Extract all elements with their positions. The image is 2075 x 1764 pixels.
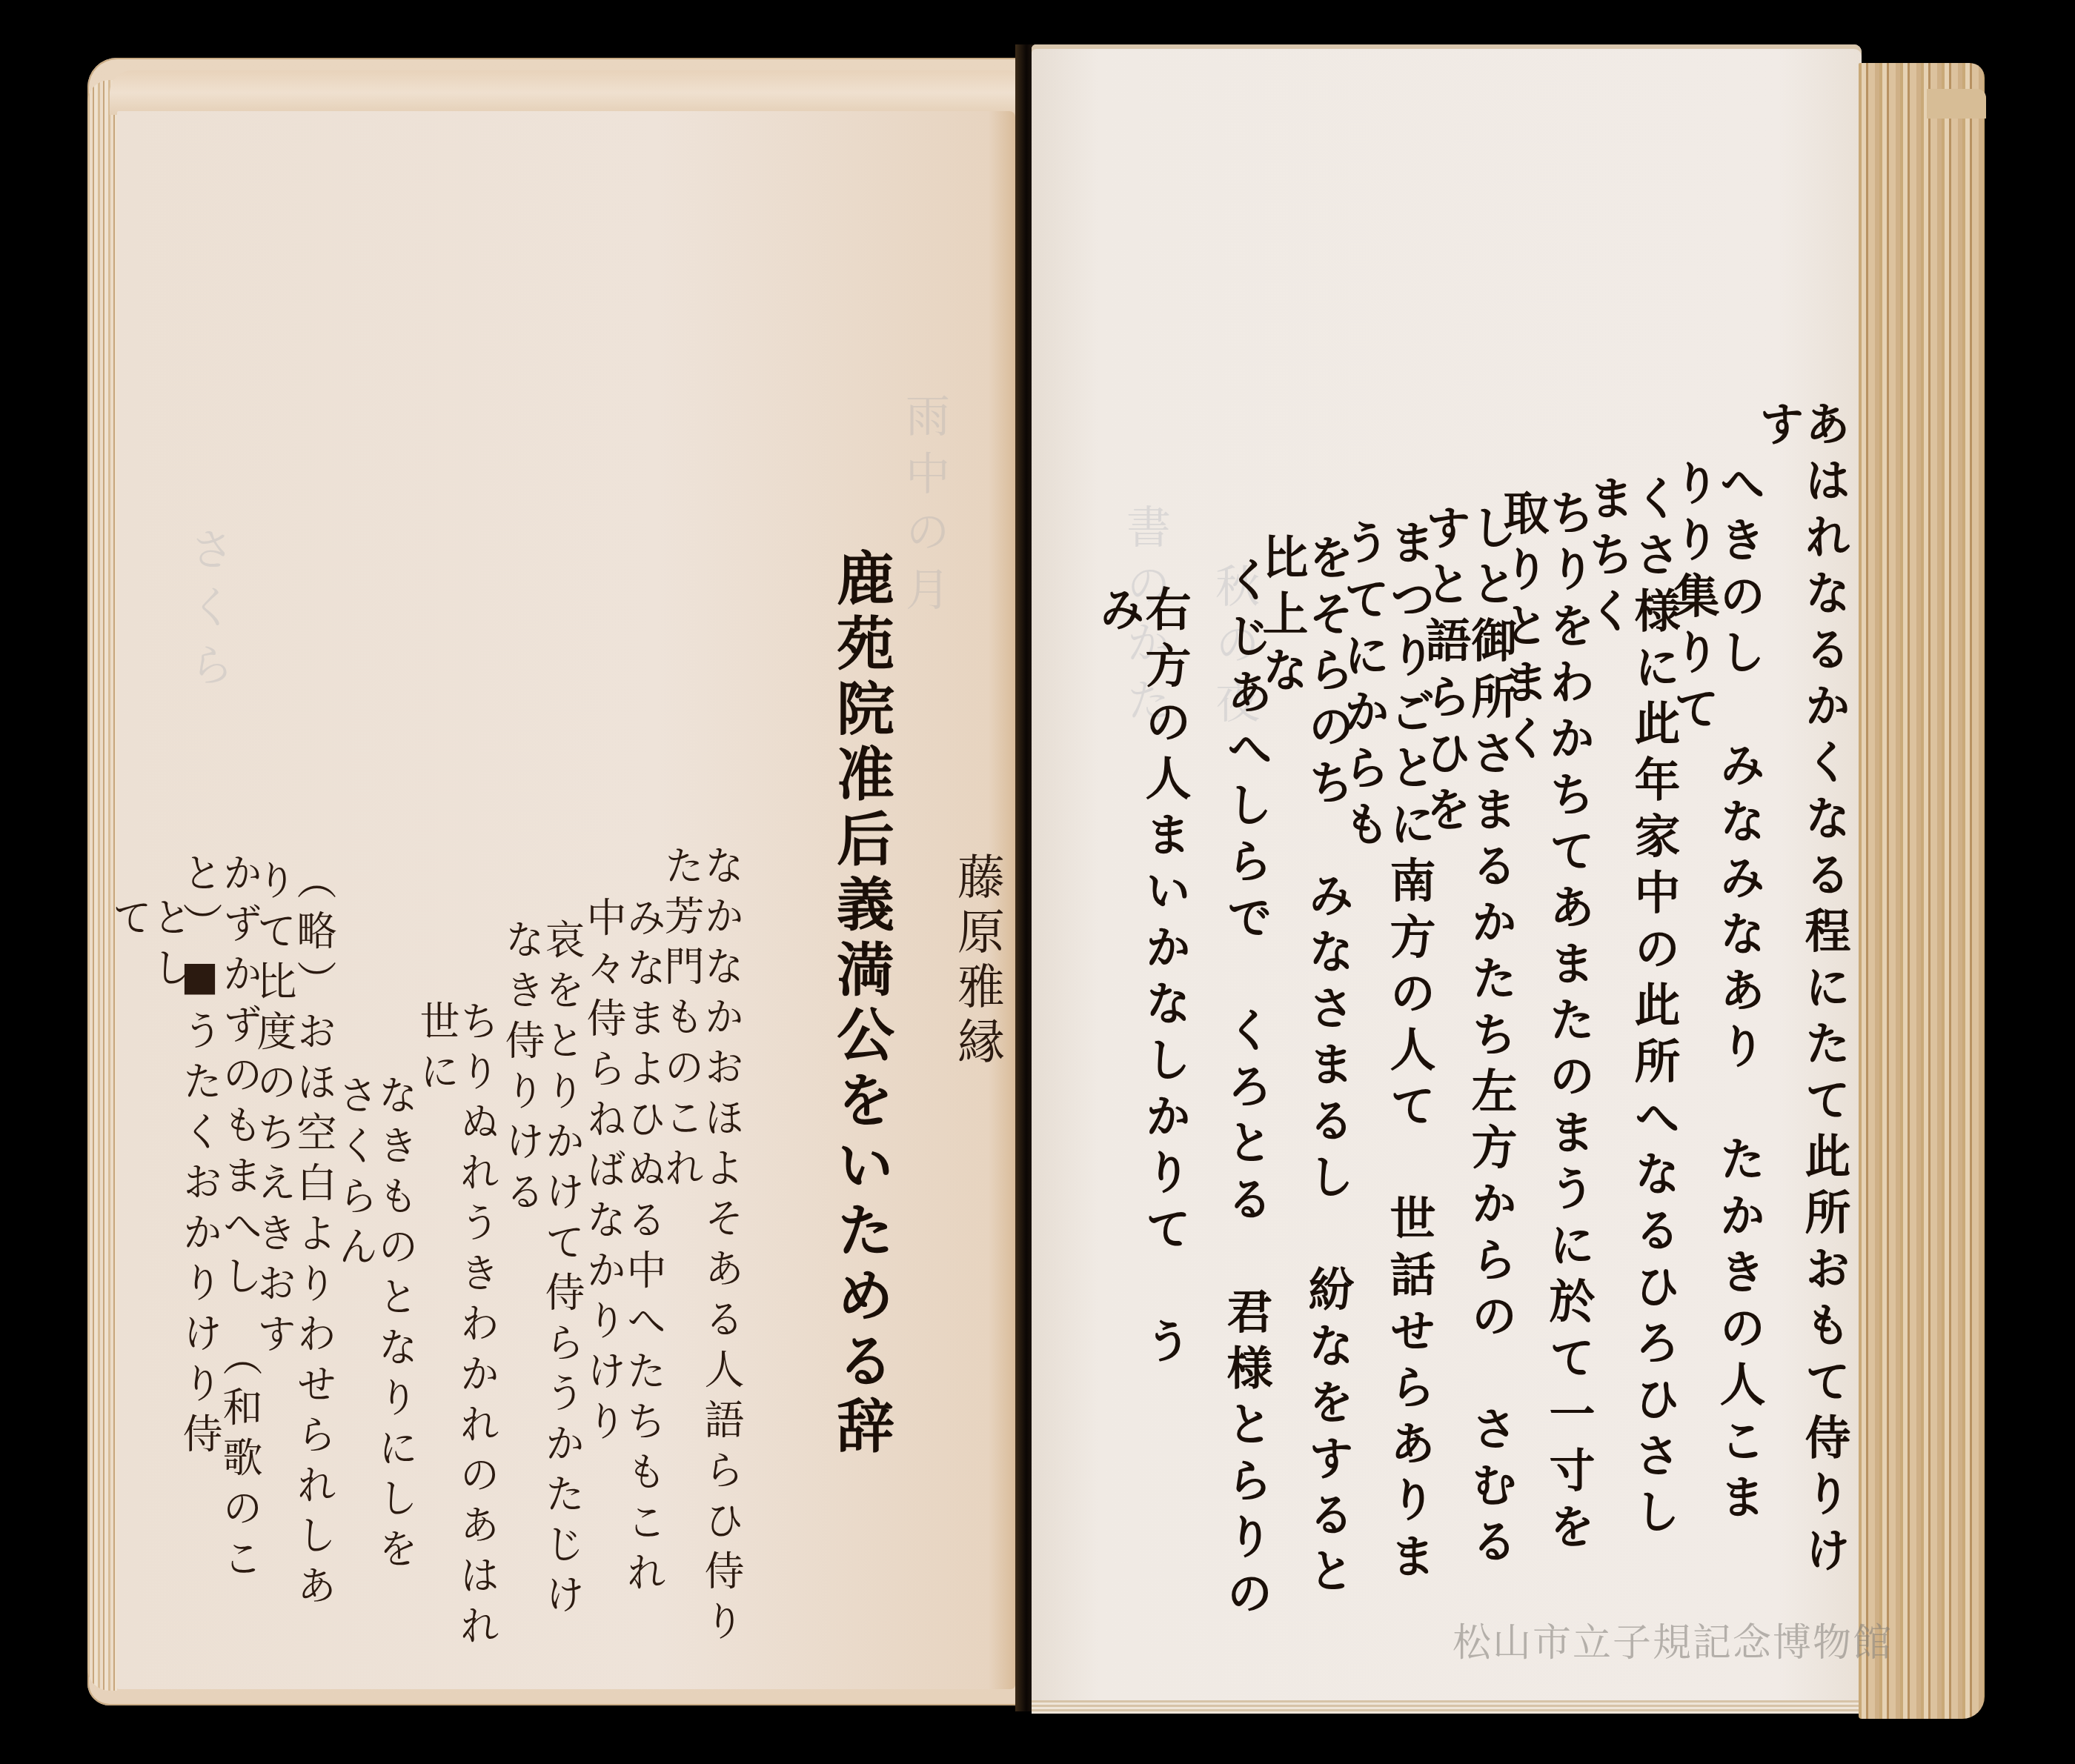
left-page-top-edge: [110, 70, 1015, 115]
right-page-stack-edge: [1859, 63, 1985, 1719]
bleed-through-text: 雨中の月: [892, 393, 956, 624]
text-column: なかなかおほよそある人語らひ侍りた芳門ものこれ: [661, 845, 741, 1660]
right-stack-top-edge: [1927, 89, 1986, 119]
text-column: ちりぬれうきわかれのあはれ 世に: [416, 1000, 497, 1667]
left-page-title: 鹿苑院准后義満公をいためる辞: [831, 548, 889, 1461]
left-page: 雨中の月 さくら 鹿苑院准后義満公をいためる辞 藤原雅縁 なかなかおほよそある人…: [117, 111, 1015, 1689]
text-column: として: [109, 896, 189, 1045]
left-page-author: 藤原雅縁: [953, 852, 1000, 1071]
text-column: くさ様に此年家中の此所へなるひろひさしまちく: [1584, 474, 1676, 1585]
text-column: みなまよひぬる中へたちもこれ中々侍らねばなかりけり: [583, 896, 663, 1674]
right-page-bottom-edge: [1032, 1700, 1862, 1714]
bleed-through-text: さくら: [176, 526, 240, 699]
text-column: なきものとなりにしを さくらん: [335, 1074, 415, 1667]
text-column: 哀をとりかけて侍らうかたじけなき侍りける: [502, 919, 582, 1660]
text-column: 右方の人まいかなしかりて うみ: [1095, 585, 1187, 1400]
text-column: へきのし みなみなあり たかきの人こまりり集りて: [1670, 459, 1762, 1571]
text-column: （略）おほ空白よりわせられしありて比度のちえきおす: [253, 859, 333, 1660]
text-column: くじあへしらで くろとる 君様とらりの: [1223, 556, 1269, 1625]
right-page: 書のかた 秋の夜 あはれなるかくなる程にたて此所おもて侍りけす へきのし みなみ…: [1032, 44, 1862, 1711]
open-manuscript-book: 雨中の月 さくら 鹿苑院准后義満公をいためる辞 藤原雅縁 なかなかおほよそある人…: [0, 0, 2075, 1764]
museum-watermark: 松山市立子規記念博物館: [1452, 1611, 1893, 1667]
text-column: あはれなるかくなる程にたて此所おもて侍りけす: [1755, 400, 1847, 1585]
